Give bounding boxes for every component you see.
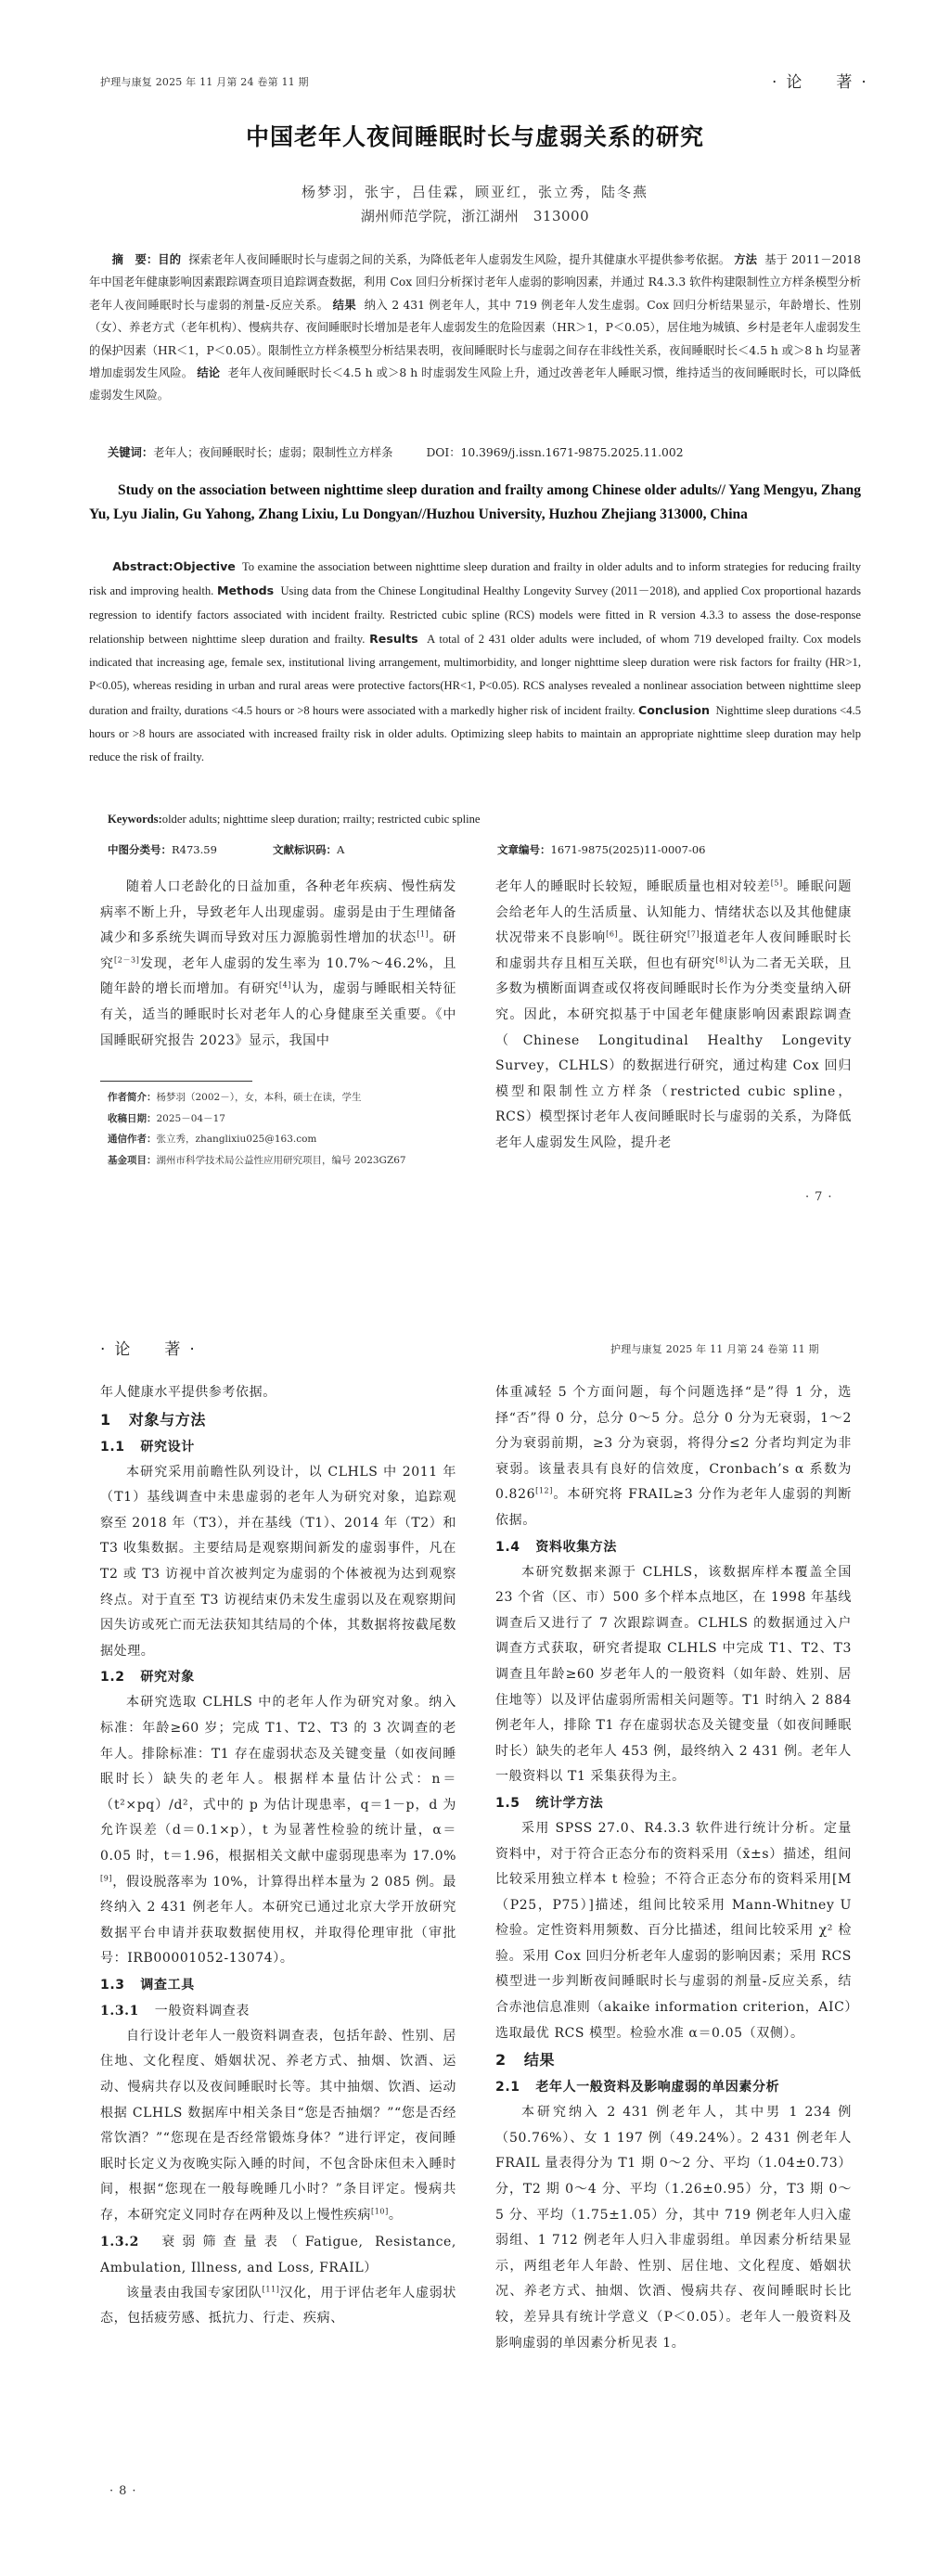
- paragraph: 该量表由我国专家团队[11]汉化，用于评估老年人虚弱状态，包括疲劳感、抵抗力、行…: [100, 2281, 456, 2332]
- heading-number: 1.1: [100, 1440, 125, 1455]
- heading-1-3: 1.3调查工具: [100, 1972, 456, 1998]
- value: 2025－04－17: [157, 1113, 225, 1124]
- abstract-en-label: Abstract:: [112, 559, 173, 573]
- paragraph: 自行设计老年人一般资料调查表，包括年龄、性别、居住地、文化程度、婚姻状况、养老方…: [100, 2024, 456, 2229]
- paragraph: 本研究采用前瞻性队列设计，以 CLHLS 中 2011 年（T1）基线调查中未患…: [100, 1460, 456, 1665]
- citation: [8]: [715, 955, 727, 964]
- intro-paragraph: 老年人的睡眠时长较短，睡眠质量也相对较差[5]。睡眠问题会给老年人的生活质量、认…: [495, 875, 852, 1157]
- keywords-label: 关键词：: [108, 446, 153, 459]
- heading-2-1: 2.1老年人一般资料及影响虚弱的单因素分析: [495, 2074, 852, 2100]
- heading-1-1: 1.1研究设计: [100, 1434, 456, 1460]
- heading-2: 2结果: [495, 2046, 852, 2074]
- heading-text: 一般资料调查表: [155, 2004, 250, 2019]
- footnote-fund: 基金项目：湖州市科学技术局公益性应用研究项目，编号 2023GZ67: [108, 1150, 464, 1172]
- heading-1: 1对象与方法: [100, 1406, 456, 1434]
- heading-text: 衰弱筛查量表（Fatigue, Resistance, Ambulation, …: [100, 2235, 456, 2275]
- abstract-label: 摘 要：: [112, 253, 159, 266]
- text: 老年人的睡眠时长较短，睡眠质量也相对较差: [495, 879, 771, 894]
- text: 。既往研究: [618, 930, 687, 945]
- footnote-received: 收稿日期：2025－04－17: [108, 1109, 464, 1130]
- objective-text: 探索老年人夜间睡眠时长与虚弱之间的关系，为降低老年人虚弱发生风险，提升其健康水平…: [188, 253, 730, 266]
- article-title: 中国老年人夜间睡眠时长与虚弱关系的研究: [0, 119, 950, 152]
- intro-paragraph: 随着人口老龄化的日益加重，各种老年疾病、慢性病发病率不断上升，导致老年人出现虚弱…: [100, 875, 456, 1054]
- heading-number: 1.5: [495, 1796, 520, 1811]
- paragraph: 本研究数据来源于 CLHLS，该数据库样本覆盖全国 23 个省（区、市）500 …: [495, 1560, 852, 1790]
- citation: [10]: [371, 2207, 389, 2215]
- heading-1-2: 1.2研究对象: [100, 1664, 456, 1690]
- citation: [6]: [606, 930, 618, 939]
- footnote-divider: [100, 1081, 252, 1082]
- text: 该量表由我国专家团队: [126, 2286, 263, 2300]
- methods-en-label: Methods: [217, 583, 274, 597]
- heading-number: 2.1: [495, 2080, 520, 2095]
- citation: [1]: [417, 930, 429, 939]
- english-title: Study on the association between nightti…: [89, 479, 861, 526]
- objective-label: 目的: [158, 253, 181, 266]
- heading-number: 1: [100, 1411, 111, 1429]
- heading-text: 研究对象: [140, 1670, 194, 1685]
- value: 杨梦羽（2002－），女，本科，硕士在读，学生: [157, 1092, 362, 1103]
- page-7: 护理与康复 2025 年 11 月第 24 卷第 11 期 ·论 著· 中国老年…: [0, 0, 950, 1288]
- document-code: 文献标识码：A: [273, 842, 344, 857]
- footnote-author: 作者简介：杨梦羽（2002－），女，本科，硕士在读，学生: [108, 1087, 464, 1109]
- conclusion-en-label: Conclusion: [638, 703, 710, 717]
- section-mark: ·论 著·: [772, 69, 876, 92]
- heading-text: 研究设计: [140, 1440, 194, 1455]
- citation: [7]: [687, 930, 700, 939]
- body-right-column: 体重减轻 5 个方面问题，每个问题选择“是”得 1 分，选择“否”得 0 分，总…: [495, 1380, 852, 2401]
- footnote-corresponding: 通信作者：张立秀，zhanglixiu025@163.com: [108, 1129, 464, 1150]
- author-list: 杨梦羽，张宇，吕佳霖，顾亚红，张立秀，陆冬燕: [0, 182, 950, 201]
- results-label: 结果: [333, 299, 356, 312]
- methods-label: 方法: [734, 253, 757, 266]
- article-no-value: 1671-9875(2025)11-0007-06: [551, 843, 706, 856]
- heading-1-5: 1.5统计学方法: [495, 1790, 852, 1816]
- heading-text: 调查工具: [140, 1978, 194, 1993]
- paragraph: 本研究纳入 2 431 例老年人，其中男 1 234 例（50.76%）、女 1…: [495, 2100, 852, 2356]
- clc-value: R473.59: [172, 843, 217, 856]
- objective-en-label: Objective: [173, 559, 236, 573]
- text: 认为二者无关联，且多数为横断面调查或仅将夜间睡眠时长作为分类变量纳入研究。因此，…: [495, 956, 852, 1150]
- label: 通信作者：: [108, 1134, 157, 1145]
- heading-text: 结果: [524, 2051, 555, 2069]
- doc-code-label: 文献标识码：: [273, 843, 337, 856]
- body-left-column: 年人健康水平提供参考依据。 1对象与方法 1.1研究设计 本研究采用前瞻性队列设…: [100, 1380, 456, 2493]
- label: 收稿日期：: [108, 1113, 157, 1124]
- citation: [2－3]: [114, 955, 139, 964]
- heading-1-4: 1.4资料收集方法: [495, 1534, 852, 1560]
- heading-text: 资料收集方法: [535, 1540, 617, 1555]
- label: 基金项目：: [108, 1155, 157, 1166]
- page-8: ·论 著· 护理与康复 2025 年 11 月第 24 卷第 11 期 年人健康…: [0, 1288, 950, 2576]
- heading-1-3-1: 1.3.1一般资料调查表: [100, 1998, 456, 2024]
- clc-label: 中图分类号：: [108, 843, 172, 856]
- keywords-english: Keywords:older adults; nighttime sleep d…: [108, 813, 861, 827]
- keywords-text: 老年人；夜间睡眠时长；虚弱；限制性立方样条: [153, 446, 392, 459]
- results-en-label: Results: [369, 632, 418, 646]
- text: 本研究选取 CLHLS 中的老年人作为研究对象。纳入标准：年龄≥60 岁；完成 …: [100, 1695, 456, 1864]
- heading-text: 统计学方法: [535, 1796, 603, 1811]
- heading-number: 2: [495, 2051, 507, 2069]
- article-no-label: 文章编号：: [497, 843, 551, 856]
- page-number: ·8·: [109, 2484, 142, 2498]
- paragraph-continued: 年人健康水平提供参考依据。: [100, 1380, 456, 1406]
- running-head: 护理与康复 2025 年 11 月第 24 卷第 11 期: [100, 74, 309, 89]
- abstract-chinese: 摘 要：目的 探索老年人夜间睡眠时长与虚弱之间的关系，为降低老年人虚弱发生风险，…: [89, 249, 861, 407]
- citation: [11]: [263, 2285, 280, 2293]
- page-number: ·7·: [805, 1190, 838, 1204]
- text: 。: [389, 2208, 403, 2223]
- heading-number: 1.4: [495, 1540, 520, 1555]
- citation: [12]: [535, 1487, 553, 1495]
- keywords-en-text: older adults; nighttime sleep duration; …: [162, 813, 481, 826]
- doi: DOI：10.3969/j.issn.1671-9875.2025.11.002: [426, 446, 683, 459]
- paragraph: 本研究选取 CLHLS 中的老年人作为研究对象。纳入标准：年龄≥60 岁；完成 …: [100, 1690, 456, 1972]
- value: 湖州市科学技术局公益性应用研究项目，编号 2023GZ67: [157, 1155, 406, 1166]
- abstract-english: Abstract:Objective To examine the associ…: [89, 555, 861, 770]
- text: 体重减轻 5 个方面问题，每个问题选择“是”得 1 分，选择“否”得 0 分，总…: [495, 1385, 852, 1502]
- heading-number: 1.3.1: [100, 2004, 139, 2019]
- heading-text: 老年人一般资料及影响虚弱的单因素分析: [535, 2080, 779, 2095]
- heading-number: 1.3.2: [100, 2235, 139, 2249]
- heading-number: 1.3: [100, 1978, 125, 1993]
- text: 随着人口老龄化的日益加重，各种老年疾病、慢性病发病率不断上升，导致老年人出现虚弱…: [100, 879, 456, 945]
- section-mark: ·论 著·: [100, 1336, 204, 1359]
- citation: [4]: [279, 981, 291, 990]
- paragraph: 采用 SPSS 27.0、R4.3.3 软件进行统计分析。定量资料中，对于符合正…: [495, 1816, 852, 2046]
- value: 张立秀，zhanglixiu025@163.com: [157, 1134, 317, 1145]
- english-title-block: Study on the association between nightti…: [89, 479, 861, 526]
- citation: [5]: [771, 878, 783, 887]
- intro-right-column: 老年人的睡眠时长较短，睡眠质量也相对较差[5]。睡眠问题会给老年人的生活质量、认…: [495, 875, 852, 1181]
- intro-left-column: 随着人口老龄化的日益加重，各种老年疾病、慢性病发病率不断上升，导致老年人出现虚弱…: [100, 875, 456, 1079]
- heading-number: 1.2: [100, 1670, 125, 1685]
- doc-code-value: A: [337, 843, 344, 856]
- article-number: 文章编号：1671-9875(2025)11-0007-06: [497, 842, 705, 857]
- conclusion-label: 结论: [197, 366, 220, 379]
- paragraph-continued: 体重减轻 5 个方面问题，每个问题选择“是”得 1 分，选择“否”得 0 分，总…: [495, 1380, 852, 1534]
- clc-number: 中图分类号：R473.59: [108, 842, 217, 857]
- keywords-chinese: 关键词：老年人；夜间睡眠时长；虚弱；限制性立方样条DOI：10.3969/j.i…: [108, 443, 879, 460]
- text: 自行设计老年人一般资料调查表，包括年龄、性别、居住地、文化程度、婚姻状况、养老方…: [100, 2029, 456, 2223]
- heading-text: 对象与方法: [129, 1411, 206, 1429]
- footnotes: 作者简介：杨梦羽（2002－），女，本科，硕士在读，学生 收稿日期：2025－0…: [108, 1087, 464, 1171]
- keywords-en-label: Keywords:: [108, 813, 162, 826]
- heading-1-3-2: 1.3.2衰弱筛查量表（Fatigue, Resistance, Ambulat…: [100, 2229, 456, 2281]
- citation: [9]: [100, 1874, 112, 1882]
- text: ，假设脱落率为 10%，计算得出样本量为 2 085 例。最终纳入 2 431 …: [100, 1875, 456, 1967]
- label: 作者简介：: [108, 1092, 157, 1103]
- running-head: 护理与康复 2025 年 11 月第 24 卷第 11 期: [610, 1341, 819, 1356]
- affiliation: 湖州师范学院，浙江湖州 313000: [0, 206, 950, 225]
